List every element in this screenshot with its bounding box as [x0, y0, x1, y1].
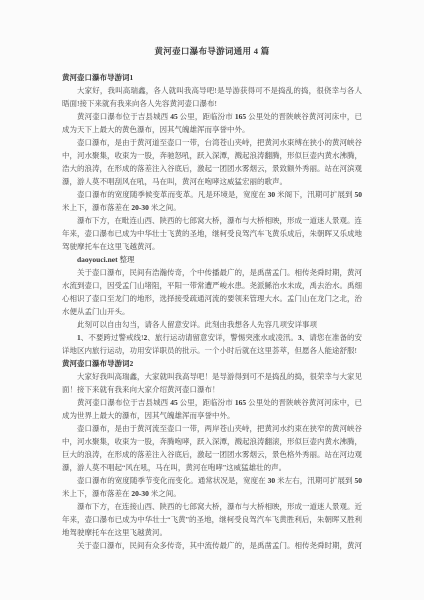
paragraph: 此刻可以自由勾当，请各人留意安详。此刻由我想各人先容几项安详事项 [62, 318, 362, 331]
document-page: 黄河壶口瀑布导游词通用 4 篇 黄河壶口瀑布导游词1大家好，我叫高瑞鑫，各人就叫… [0, 0, 424, 600]
paragraph: 壶口瀑布，是由于黄河流至壶口一带，两岸苍山夹峙，把黄河水约束在狭窄的黄河峡谷中，… [62, 422, 362, 474]
section-heading: 黄河壶口瀑布导游词2 [62, 357, 362, 370]
paragraph: 关于壶口瀑布，民间有众多传奇，其中流传最广的，是禹凿孟门。相传尧舜时期，黄河 [62, 539, 362, 552]
paragraph: 黄河壶口瀑布位于吉县城西 45 公里，距临汾市 165 公里处的晋陕峡谷黄河河床… [62, 110, 362, 136]
paragraph: 大家好我叫高瑞鑫，大家就叫我高导吧！是导游得到可不是捣乱的捣，很荣幸与大家见面！… [62, 370, 362, 396]
paragraph: 壶口瀑布的宽度随季节变化而变化。通常状况是，宽度在 30 米左右，汛期可扩展到 … [62, 474, 362, 500]
source-credit: daoyouci.net 整理 [62, 253, 362, 266]
paragraph: 壶口瀑布，是由于黄河道至壶口一带，台湾苍山夹峙，把黄河水束缚在狭小的黄河峡谷中，… [62, 136, 362, 188]
section-heading: 黄河壶口瀑布导游词1 [62, 71, 362, 84]
document-title: 黄河壶口瀑布导游词通用 4 篇 [62, 45, 362, 58]
document-body: 黄河壶口瀑布导游词1大家好，我叫高瑞鑫，各人就叫我高导吧!是导游获得可不是捣乱的… [62, 71, 362, 552]
paragraph: 瀑布下方，在毗连山西、陕西的七郎窝大桥，瀑布与大桥相映，形成一道迷人景观。连年来… [62, 214, 362, 253]
paragraph: 关于壶口瀑布，民间有浩瀚传奇，个中传播最广的，是禹凿孟门。相传尧舜时期，黄河水流… [62, 266, 362, 318]
paragraph: 瀑布下方，在连接山西、陕西的七郎窝大桥，瀑布与大桥相映，形成一道迷人景观。近年来… [62, 500, 362, 539]
paragraph: 壶口瀑布的宽度随季候变革而变革。凡是环境是，宽度在 30 米阁下，汛期可扩展到 … [62, 188, 362, 214]
paragraph: 黄河壶口瀑布位于吉县城西 45 公里，距临汾市 165 公里处的晋陕峡谷黄河河床… [62, 396, 362, 422]
paragraph: 大家好，我叫高瑞鑫，各人就叫我高导吧!是导游获得可不是捣乱的捣，很侥幸与各人晤面… [62, 84, 362, 110]
paragraph: 1、不要跨过警戒线!2、旅行运动请留意安详，警惕突涨水或凌汛。3、请您在准备的安… [62, 331, 362, 357]
